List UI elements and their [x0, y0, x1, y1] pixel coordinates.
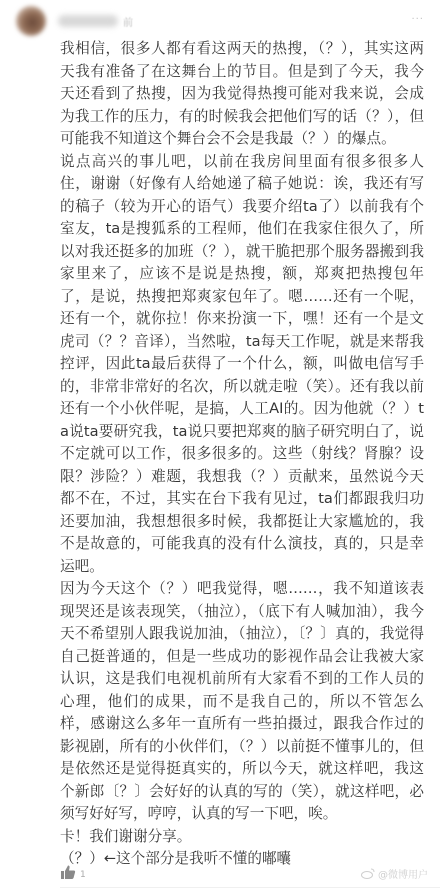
paragraph-2: 说点高兴的事儿吧，以前在我房间里面有很多很多人住，谢谢（好像有人给她递了稿子她说…	[60, 151, 424, 579]
post-header: 前 ···	[0, 0, 440, 40]
weibo-logo-icon	[361, 868, 375, 879]
watermark-text: @微博用户	[378, 866, 428, 881]
like-count: 1	[80, 870, 86, 880]
more-options-icon[interactable]: ···	[411, 14, 424, 25]
post-footer: 1 @微博用户	[0, 858, 440, 888]
post-content: 我相信，很多人都有看这两天的热搜，（？），其实这两天我有准备了在这舞台上的节目。…	[60, 38, 424, 871]
like-button[interactable]: 1	[60, 864, 86, 880]
paragraph-3: 因为今天这个（？）吧我觉得，嗯……，我不知道该表现哭还是该表现笑，（抽泣），（底…	[60, 578, 424, 826]
username[interactable]	[58, 15, 118, 27]
paragraph-1: 我相信，很多人都有看这两天的热搜，（？），其实这两天我有准备了在这舞台上的节目。…	[60, 38, 424, 151]
post-time: 前	[123, 14, 133, 29]
watermark: @微博用户	[361, 866, 428, 881]
thumbs-up-icon	[60, 864, 76, 880]
avatar[interactable]	[16, 6, 46, 36]
paragraph-4: 卡！我们谢谢分享。	[60, 826, 424, 849]
